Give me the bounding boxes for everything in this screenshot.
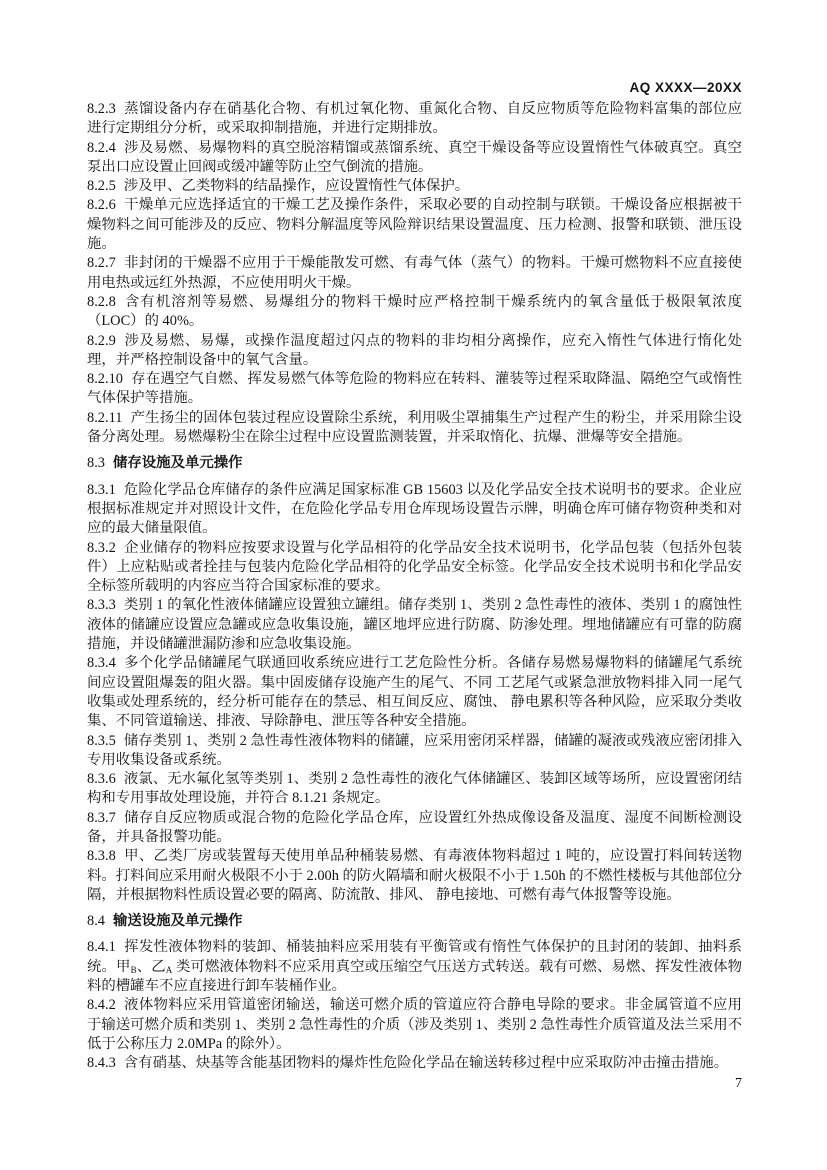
clause-number: 8.3.4	[87, 655, 124, 671]
clause-text: 液体物料应采用管道密闭输送，输送可燃介质的管道应符合静电导除的要求。非金属管道不…	[87, 997, 742, 1052]
clause-paragraph: 8.2.4涉及易燃、易爆物料的真空脱溶精馏或蒸馏系统、真空干燥设备等应设置惰性气…	[87, 139, 742, 178]
document-header: AQ XXXX—20XX	[87, 80, 742, 95]
clause-text: 类别 1 的氧化性液体储罐应设置独立罐组。储存类别 1、类别 2 急性毒性的液体…	[87, 597, 742, 652]
clause-number: 8.3.6	[87, 771, 124, 787]
section-heading: 8.4输送设施及单元操作	[87, 912, 742, 931]
clause-paragraph: 8.2.7非封闭的干燥器不应用于干燥能散发可燃、有毒气体（蒸气）的物料。干燥可燃…	[87, 254, 742, 293]
clause-text: 存在遇空气自燃、挥发易燃气体等危险的物料应在转料、灌装等过程采取降温、隔绝空气或…	[87, 371, 742, 406]
clause-paragraph: 8.4.1挥发性液体物料的装卸、桶装抽料应采用装有平衡管或有惰性气体保护的且封闭…	[87, 938, 742, 996]
clause-number: 8.3.2	[87, 540, 124, 556]
clause-number: 8.4	[87, 913, 113, 929]
clause-text: 涉及易燃、易爆，或操作温度超过闪点的物料的非均相分离操作，应充入惰性气体进行惰化…	[87, 333, 742, 368]
clause-text: 涉及甲、乙类物料的结晶操作，应设置惰性气体保护。	[124, 178, 469, 194]
clause-text: 多个化学品储罐尾气联通回收系统应进行工艺危险性分析。各储存易燃易爆物料的储罐尾气…	[87, 655, 742, 729]
clause-paragraph: 8.2.8含有机溶剂等易燃、易爆组分的物料干燥时应严格控制干燥系统内的氧含量低于…	[87, 293, 742, 332]
clause-paragraph: 8.3.6液氯、无水氟化氢等类别 1、类别 2 急性毒性的液化气体储罐区、装卸区…	[87, 770, 742, 809]
clause-number: 8.2.4	[87, 140, 124, 156]
clause-number: 8.3	[87, 455, 113, 471]
clause-number: 8.2.5	[87, 178, 124, 194]
clause-number: 8.4.3	[87, 1055, 124, 1071]
clause-paragraph: 8.2.11产生扬尘的固体包装过程应设置除尘系统，利用吸尘罩捕集生产过程产生的粉…	[87, 409, 742, 448]
document-page: AQ XXXX—20XX 8.2.3蒸馏设备内存在硝基化合物、有机过氧化物、重氮…	[0, 0, 827, 1170]
clause-text: 蒸馏设备内存在硝基化合物、有机过氧化物、重氮化合物、自反应物质等危险物料富集的部…	[87, 101, 742, 136]
clause-text: 非封闭的干燥器不应用于干燥能散发可燃、有毒气体（蒸气）的物料。干燥可燃物料不应直…	[87, 255, 742, 290]
clause-text: 含有硝基、炔基等含能基团物料的爆炸性危险化学品在输送转移过程中应采取防冲击撞击措…	[124, 1055, 728, 1071]
clause-text: 干燥单元应选择适宜的干燥工艺及操作条件，采取必要的自动控制与联锁。干燥设备应根据…	[87, 197, 742, 252]
clause-number: 8.3.7	[87, 810, 124, 826]
clause-paragraph: 8.2.3蒸馏设备内存在硝基化合物、有机过氧化物、重氮化合物、自反应物质等危险物…	[87, 100, 742, 139]
clause-number: 8.2.8	[87, 294, 124, 310]
clause-text: 企业储存的物料应按要求设置与化学品相符的化学品安全技术说明书，化学品包装（包括外…	[87, 540, 742, 595]
clause-text: 产生扬尘的固体包装过程应设置除尘系统，利用吸尘罩捕集生产过程产生的粉尘，并采用除…	[87, 410, 742, 445]
clause-paragraph: 8.2.9涉及易燃、易爆，或操作温度超过闪点的物料的非均相分离操作，应充入惰性气…	[87, 332, 742, 371]
document-body: 8.2.3蒸馏设备内存在硝基化合物、有机过氧化物、重氮化合物、自反应物质等危险物…	[87, 100, 742, 1074]
clause-paragraph: 8.3.1危险化学品仓库储存的条件应满足国家标准 GB 15603 以及化学品安…	[87, 481, 742, 539]
clause-text: 、乙	[137, 959, 166, 975]
clause-paragraph: 8.3.7储存自反应物质或混合物的危险化学品仓库，应设置红外热成像设备及温度、湿…	[87, 809, 742, 848]
clause-number: 8.3.5	[87, 733, 124, 749]
clause-number: 8.3.8	[87, 848, 124, 864]
clause-paragraph: 8.4.2液体物料应采用管道密闭输送，输送可燃介质的管道应符合静电导除的要求。非…	[87, 996, 742, 1054]
clause-text: 储存类别 1、类别 2 急性毒性液体物料的储罐，应采用密闭采样器，储罐的凝液或残…	[87, 733, 742, 768]
clause-paragraph: 8.3.4多个化学品储罐尾气联通回收系统应进行工艺危险性分析。各储存易燃易爆物料…	[87, 654, 742, 731]
clause-number: 8.2.6	[87, 197, 124, 213]
clause-number: 8.4.1	[87, 939, 124, 955]
clause-number: 8.2.7	[87, 255, 124, 271]
clause-number: 8.2.3	[87, 101, 124, 117]
clause-paragraph: 8.3.3类别 1 的氧化性液体储罐应设置独立罐组。储存类别 1、类别 2 急性…	[87, 596, 742, 654]
clause-text: 类可燃液体物料不应采用真空或压缩空气压送方式转送。载有可燃、易燃、挥发性液体物料…	[87, 959, 742, 994]
clause-paragraph: 8.2.6干燥单元应选择适宜的干燥工艺及操作条件，采取必要的自动控制与联锁。干燥…	[87, 196, 742, 254]
clause-text: 危险化学品仓库储存的条件应满足国家标准 GB 15603 以及化学品安全技术说明…	[87, 482, 742, 537]
clause-number: 8.3.1	[87, 482, 124, 498]
clause-paragraph: 8.4.3含有硝基、炔基等含能基团物料的爆炸性危险化学品在输送转移过程中应采取防…	[87, 1054, 742, 1073]
clause-number: 8.2.10	[87, 371, 131, 387]
clause-text: 涉及易燃、易爆物料的真空脱溶精馏或蒸馏系统、真空干燥设备等应设置惰性气体破真空。…	[87, 140, 742, 175]
heading-text: 储存设施及单元操作	[113, 455, 243, 471]
clause-text: 含有机溶剂等易燃、易爆组分的物料干燥时应严格控制干燥系统内的氧含量低于极限氧浓度…	[87, 294, 742, 329]
clause-paragraph: 8.3.5储存类别 1、类别 2 急性毒性液体物料的储罐，应采用密闭采样器，储罐…	[87, 732, 742, 771]
clause-number: 8.2.9	[87, 333, 124, 349]
clause-text: 液氯、无水氟化氢等类别 1、类别 2 急性毒性的液化气体储罐区、装卸区域等场所，…	[87, 771, 742, 806]
doc-code: AQ XXXX—20XX	[629, 80, 742, 95]
heading-text: 输送设施及单元操作	[113, 913, 243, 929]
clause-paragraph: 8.2.10存在遇空气自燃、挥发易燃气体等危险的物料应在转料、灌装等过程采取降温…	[87, 370, 742, 409]
clause-paragraph: 8.3.2企业储存的物料应按要求设置与化学品相符的化学品安全技术说明书，化学品包…	[87, 539, 742, 597]
page-number: 7	[87, 1076, 742, 1092]
section-heading: 8.3储存设施及单元操作	[87, 454, 742, 473]
clause-text: 储存自反应物质或混合物的危险化学品仓库，应设置红外热成像设备及温度、湿度不间断检…	[87, 810, 742, 845]
clause-paragraph: 8.2.5涉及甲、乙类物料的结晶操作，应设置惰性气体保护。	[87, 177, 742, 196]
clause-paragraph: 8.3.8甲、乙类厂房或装置每天使用单品种桶装易燃、有毒液体物料超过 1 吨的，…	[87, 847, 742, 905]
clause-number: 8.3.3	[87, 597, 124, 613]
clause-text: 甲、乙类厂房或装置每天使用单品种桶装易燃、有毒液体物料超过 1 吨的，应设置打料…	[87, 848, 742, 903]
clause-number: 8.4.2	[87, 997, 124, 1013]
clause-number: 8.2.11	[87, 410, 130, 426]
